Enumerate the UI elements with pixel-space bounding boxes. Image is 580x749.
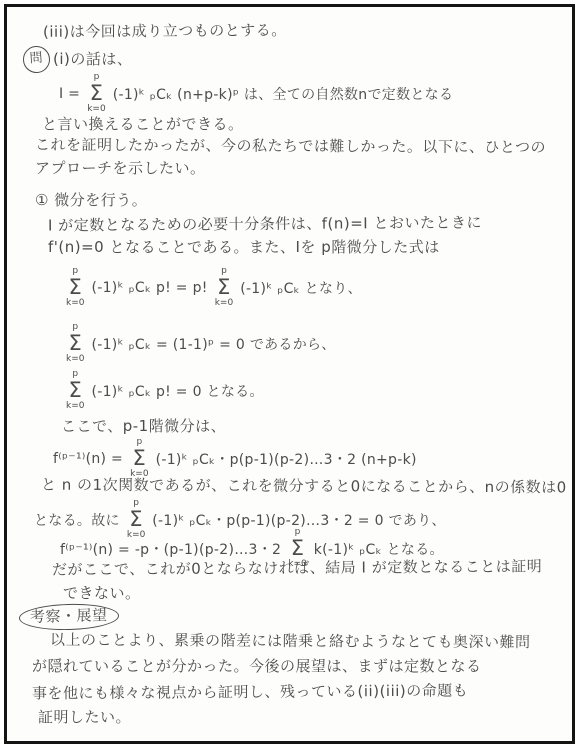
pm1-intro-line: ここで、p-1階微分は、 bbox=[61, 417, 226, 436]
summation-symbol: p Σ k=0 bbox=[215, 267, 233, 308]
pminus1-body: (-1)ᵏ ₚCₖ・p(p-1)(p-2)…3・2 (n+p-k) bbox=[156, 449, 417, 469]
sigma-icon: Σ bbox=[129, 509, 143, 530]
coefficient-zero-lead: となる。故に bbox=[34, 510, 120, 530]
binomial-zero-body: (-1)ᵏ ₚCₖ = (1-1)ᵖ = 0 であるから、 bbox=[91, 334, 335, 354]
sigma-icon: Σ bbox=[133, 448, 147, 469]
restate-line: と言い換えることができる。 bbox=[42, 115, 244, 134]
sigma-icon: Σ bbox=[68, 277, 82, 298]
discussion-line-2: が隠れていることが分かった。今後の展望は、まずは定数となる bbox=[32, 657, 482, 676]
p-derivative-middle: (-1)ᵏ ₚCₖ p! = p! bbox=[91, 280, 207, 296]
pminus1-lhs: f⁽ᵖ⁻¹⁾(n) = bbox=[53, 451, 123, 467]
sigma-icon: Σ bbox=[291, 538, 305, 559]
summation-symbol: p Σ k=0 bbox=[87, 73, 105, 114]
discussion-line-4: 証明したい。 bbox=[38, 708, 131, 727]
discussion-heading-line: 考察・展望 bbox=[19, 604, 119, 630]
reflection-line-2: アプローチを示したい。 bbox=[35, 159, 206, 178]
claim-formula-lhs: I = bbox=[59, 86, 80, 102]
claim-lead-text: (i)の話は、 bbox=[53, 50, 132, 68]
page-border-frame: (iii)は今回は成り立つものとする。 問(i)の話は、 I = p Σ k=0… bbox=[4, 4, 575, 744]
discussion-line-1: 以上のことより、累乗の階差には階乗と絡むようなとても奥深い難問 bbox=[50, 631, 531, 652]
pminus1-derivative-formula: f⁽ᵖ⁻¹⁾(n) = p Σ k=0 (-1)ᵏ ₚCₖ・p(p-1)(p-2… bbox=[53, 438, 417, 479]
summation-symbol: p Σ k=0 bbox=[66, 267, 84, 308]
sigma-icon: Σ bbox=[68, 380, 82, 401]
p-derivative-formula: p Σ k=0 (-1)ᵏ ₚCₖ p! = p! p Σ k=0 (-1)ᵏ … bbox=[64, 267, 362, 308]
pminus1-final-body: k(-1)ᵏ ₚCₖ となる。 bbox=[314, 539, 444, 559]
factorial-zero-body: (-1)ᵏ ₚCₖ p! = 0 となる。 bbox=[91, 381, 263, 401]
claim-formula-body: (-1)ᵏ ₚCₖ (n+p-k)ᵖ は、全ての自然数nで定数となる bbox=[113, 84, 454, 104]
discussion-line-3: 事を他にも様々な視点から証明し、残っている(ii)(iii)の命題も bbox=[32, 681, 468, 703]
claim-formula: I = p Σ k=0 (-1)ᵏ ₚCₖ (n+p-k)ᵖ は、全ての自然数n… bbox=[59, 73, 453, 114]
factorial-zero-formula: p Σ k=0 (-1)ᵏ ₚCₖ p! = 0 となる。 bbox=[64, 370, 264, 411]
circled-kanji-badge: 問 bbox=[22, 45, 51, 74]
section1-heading: ① 微分を行う。 bbox=[35, 191, 147, 210]
sigma-icon: Σ bbox=[217, 277, 231, 298]
discussion-heading-oval: 考察・展望 bbox=[19, 603, 119, 631]
summation-symbol: p Σ k=0 bbox=[66, 323, 84, 364]
reflection-line-1: これを証明したかったが、今の私たちでは難しかった。以下に、ひとつの bbox=[35, 136, 546, 157]
binomial-zero-formula: p Σ k=0 (-1)ᵏ ₚCₖ = (1-1)ᵖ = 0 であるから、 bbox=[64, 323, 336, 364]
objection-line-1: だがここで、これが0とならなければ、結局 I が定数となることは証明 bbox=[52, 557, 542, 579]
condition-line-1: I が定数となるための必要十分条件は、f(n)=I とおいたときに bbox=[48, 213, 482, 235]
pminus1-final-lhs: f⁽ᵖ⁻¹⁾(n) = -p・(p-1)(p-2)…3・2 bbox=[60, 539, 281, 559]
linear-note-line: と n の1次関数であるが、これを微分すると0になることから、nの係数は0 bbox=[41, 476, 567, 498]
summation-symbol: p Σ k=0 bbox=[130, 438, 148, 479]
assumption-note: (iii)は今回は成り立つものとする。 bbox=[43, 21, 287, 41]
sigma-icon: Σ bbox=[90, 83, 104, 104]
objection-line-2: できない。 bbox=[63, 584, 141, 603]
notebook-page: (iii)は今回は成り立つものとする。 問(i)の話は、 I = p Σ k=0… bbox=[7, 7, 572, 741]
summation-symbol: p Σ k=0 bbox=[66, 370, 84, 411]
sigma-icon: Σ bbox=[68, 333, 82, 354]
condition-line-2: f'(n)=0 となることである。また、Iを p階微分した式は bbox=[48, 238, 440, 257]
p-derivative-tail: (-1)ᵏ ₚCₖ となり、 bbox=[240, 278, 362, 298]
claim-lead-line: 問(i)の話は、 bbox=[23, 46, 132, 73]
